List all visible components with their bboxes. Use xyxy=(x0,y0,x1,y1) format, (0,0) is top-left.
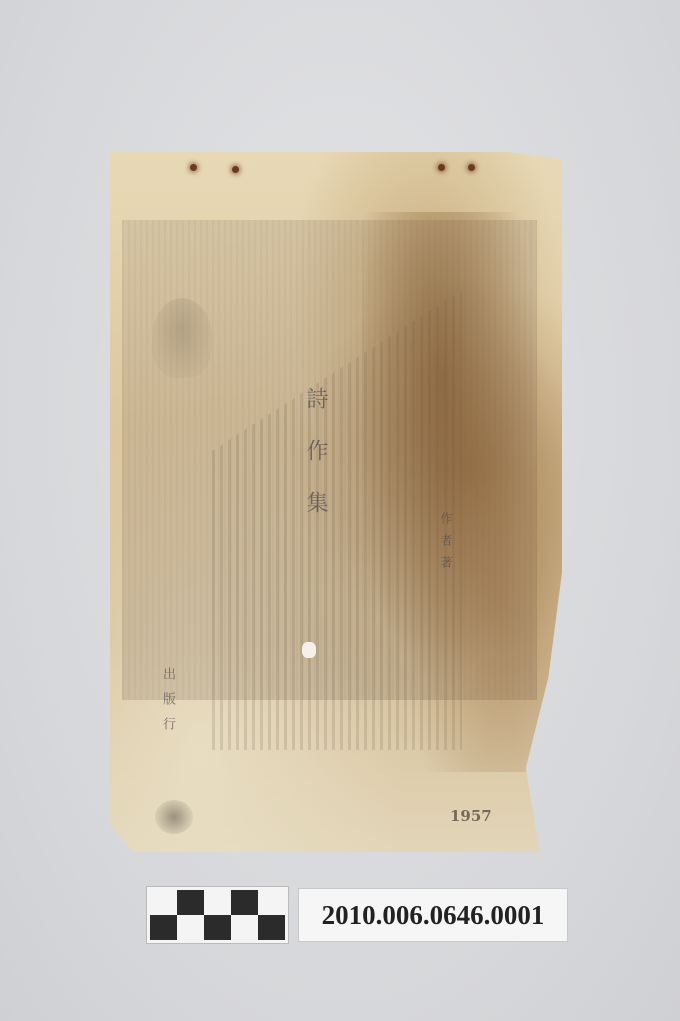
publisher-text: 出版行 xyxy=(158,667,177,742)
staple-hole xyxy=(438,164,445,171)
scale-square xyxy=(258,890,285,915)
scale-square xyxy=(177,915,204,940)
aged-document: 詩作集 出版行 作者著 1957 xyxy=(110,152,562,852)
scale-square xyxy=(204,890,231,915)
staple-hole xyxy=(190,164,197,171)
author-text: 作者著 xyxy=(438,512,455,578)
scale-square xyxy=(204,915,231,940)
scale-square xyxy=(150,915,177,940)
scale-square xyxy=(258,915,285,940)
color-scale-bar xyxy=(146,886,289,944)
staple-hole xyxy=(468,164,475,171)
water-stain xyxy=(362,212,562,772)
scale-square xyxy=(231,915,258,940)
scale-square xyxy=(177,890,204,915)
cover-title: 詩作集 xyxy=(300,387,331,543)
publication-year: 1957 xyxy=(450,807,492,825)
paper-tear xyxy=(302,642,316,658)
staple-hole xyxy=(232,166,239,173)
accession-label: 2010.006.0646.0001 xyxy=(298,888,568,942)
scale-square xyxy=(150,890,177,915)
scale-square xyxy=(231,890,258,915)
accession-number: 2010.006.0646.0001 xyxy=(322,900,545,931)
portrait-illustration xyxy=(152,298,212,378)
seal-stamp xyxy=(155,800,193,834)
